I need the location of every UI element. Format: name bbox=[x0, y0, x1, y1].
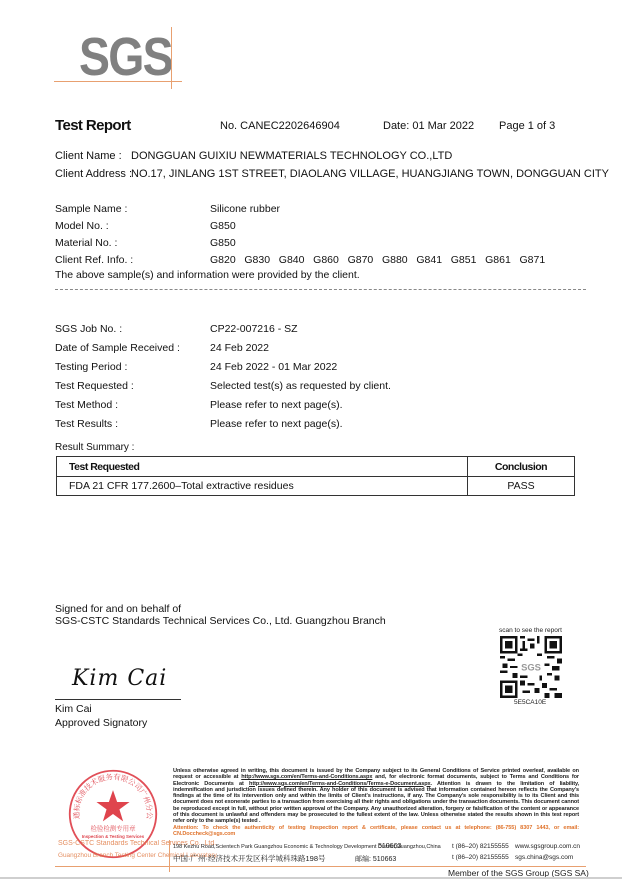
cell-conclusion: PASS bbox=[468, 477, 575, 496]
testing-period: 24 Feb 2022 - 01 Mar 2022 bbox=[210, 361, 337, 374]
legal-disclaimer: Unless otherwise agreed in writing, this… bbox=[173, 768, 579, 837]
report-number: No. CANEC2202646904 bbox=[220, 120, 340, 132]
authenticity-notice: Attention: To check the authenticity of … bbox=[173, 825, 579, 838]
client-ref-item: G840 bbox=[279, 254, 313, 267]
logo-rule-vertical bbox=[171, 27, 172, 89]
disclaimer-text: . Attention is drawn to the limitation o… bbox=[173, 781, 579, 825]
postcode-cn: 邮编: 510663 bbox=[355, 854, 396, 864]
testing-period-label: Testing Period : bbox=[55, 361, 127, 374]
date-received: 24 Feb 2022 bbox=[210, 342, 269, 355]
footer-rule-horizontal bbox=[55, 866, 586, 867]
model-no-label: Model No. : bbox=[55, 220, 109, 233]
table-row: FDA 21 CFR 177.2600–Total extractive res… bbox=[57, 477, 575, 496]
section-divider bbox=[55, 289, 586, 290]
client-name-label: Client Name : bbox=[55, 150, 122, 163]
client-ref-item: G871 bbox=[520, 254, 554, 267]
document-title: Test Report bbox=[55, 117, 131, 134]
report-date: Date: 01 Mar 2022 bbox=[383, 120, 474, 132]
test-requested-label: Test Requested : bbox=[55, 380, 134, 393]
telephone-1: t (86–20) 82155555 bbox=[452, 843, 509, 850]
qr-verification-code: 5E5CA10E bbox=[514, 699, 546, 706]
signature-line bbox=[55, 699, 181, 700]
client-ref-item: G851 bbox=[451, 254, 485, 267]
sgs-logo: SGS bbox=[79, 30, 172, 84]
terms-e-document-link[interactable]: http://www.sgs.com/en/Terms-and-Conditio… bbox=[249, 781, 431, 787]
client-ref-item: G841 bbox=[416, 254, 450, 267]
svg-text:SGS: SGS bbox=[521, 662, 541, 673]
job-no: CP22-007216 - SZ bbox=[210, 323, 298, 336]
client-name: DONGGUAN GUIXIU NEWMATERIALS TECHNOLOGY … bbox=[131, 150, 452, 163]
test-method: Please refer to next page(s). bbox=[210, 399, 343, 412]
handwritten-signature: Kim Cai bbox=[72, 666, 167, 691]
page-indicator: Page 1 of 3 bbox=[499, 120, 555, 132]
svg-text:检验检测专用章: 检验检测专用章 bbox=[90, 824, 136, 833]
address-cn: 中国·广州·经济技术开发区科学城科珠路198号 bbox=[173, 853, 326, 864]
material-no: G850 bbox=[210, 237, 236, 250]
client-ref-item: G830 bbox=[244, 254, 278, 267]
job-no-label: SGS Job No. : bbox=[55, 323, 122, 336]
client-ref-list: G820 G830 G840 G860 G870 G880 G841 G851 … bbox=[210, 254, 554, 267]
date-received-label: Date of Sample Received : bbox=[55, 342, 180, 355]
sample-provided-note: The above sample(s) and information were… bbox=[55, 269, 360, 282]
test-results-label: Test Results : bbox=[55, 418, 118, 431]
column-header-test: Test Requested bbox=[57, 457, 468, 477]
model-no: G850 bbox=[210, 220, 236, 233]
client-ref-item: G880 bbox=[382, 254, 416, 267]
postcode-en: 510663 bbox=[378, 843, 401, 850]
qr-caption: scan to see the report bbox=[499, 627, 562, 634]
client-address-label: Client Address : bbox=[55, 168, 132, 181]
material-no-label: Material No. : bbox=[55, 237, 117, 250]
telephone-2: t (86–20) 82155555 bbox=[452, 854, 509, 861]
client-address: NO.17, JINLANG 1ST STREET, DIAOLANG VILL… bbox=[131, 168, 609, 181]
result-summary-table: Test Requested Conclusion FDA 21 CFR 177… bbox=[56, 456, 575, 496]
signatory-title: Approved Signatory bbox=[55, 717, 147, 730]
qr-code-icon[interactable]: SGS bbox=[500, 636, 562, 698]
signatory-name: Kim Cai bbox=[55, 703, 92, 716]
terms-link[interactable]: http://www.sgs.com/en/Terms-and-Conditio… bbox=[241, 774, 372, 780]
cell-test: FDA 21 CFR 177.2600–Total extractive res… bbox=[57, 477, 468, 496]
footer-rule-vertical bbox=[169, 840, 170, 872]
test-results: Please refer to next page(s). bbox=[210, 418, 343, 431]
svg-text:Inspection & Testing Services: Inspection & Testing Services bbox=[82, 834, 145, 839]
result-summary-label: Result Summary : bbox=[55, 441, 134, 454]
logo-rule-horizontal bbox=[54, 81, 182, 82]
email-link[interactable]: sgs.china@sgs.com bbox=[515, 854, 573, 861]
column-header-conclusion: Conclusion bbox=[468, 457, 575, 477]
signing-company: SGS-CSTC Standards Technical Services Co… bbox=[55, 615, 386, 628]
sample-name-label: Sample Name : bbox=[55, 203, 127, 216]
table-header-row: Test Requested Conclusion bbox=[57, 457, 575, 477]
website-link[interactable]: www.sgsgroup.com.cn bbox=[515, 843, 580, 850]
sample-name: Silicone rubber bbox=[210, 203, 280, 216]
client-ref-item: G860 bbox=[313, 254, 347, 267]
test-method-label: Test Method : bbox=[55, 399, 118, 412]
client-ref-item: G820 bbox=[210, 254, 244, 267]
client-ref-item: G861 bbox=[485, 254, 519, 267]
test-requested: Selected test(s) as requested by client. bbox=[210, 380, 391, 393]
client-ref-item: G870 bbox=[348, 254, 382, 267]
client-ref-label: Client Ref. Info. : bbox=[55, 254, 133, 267]
